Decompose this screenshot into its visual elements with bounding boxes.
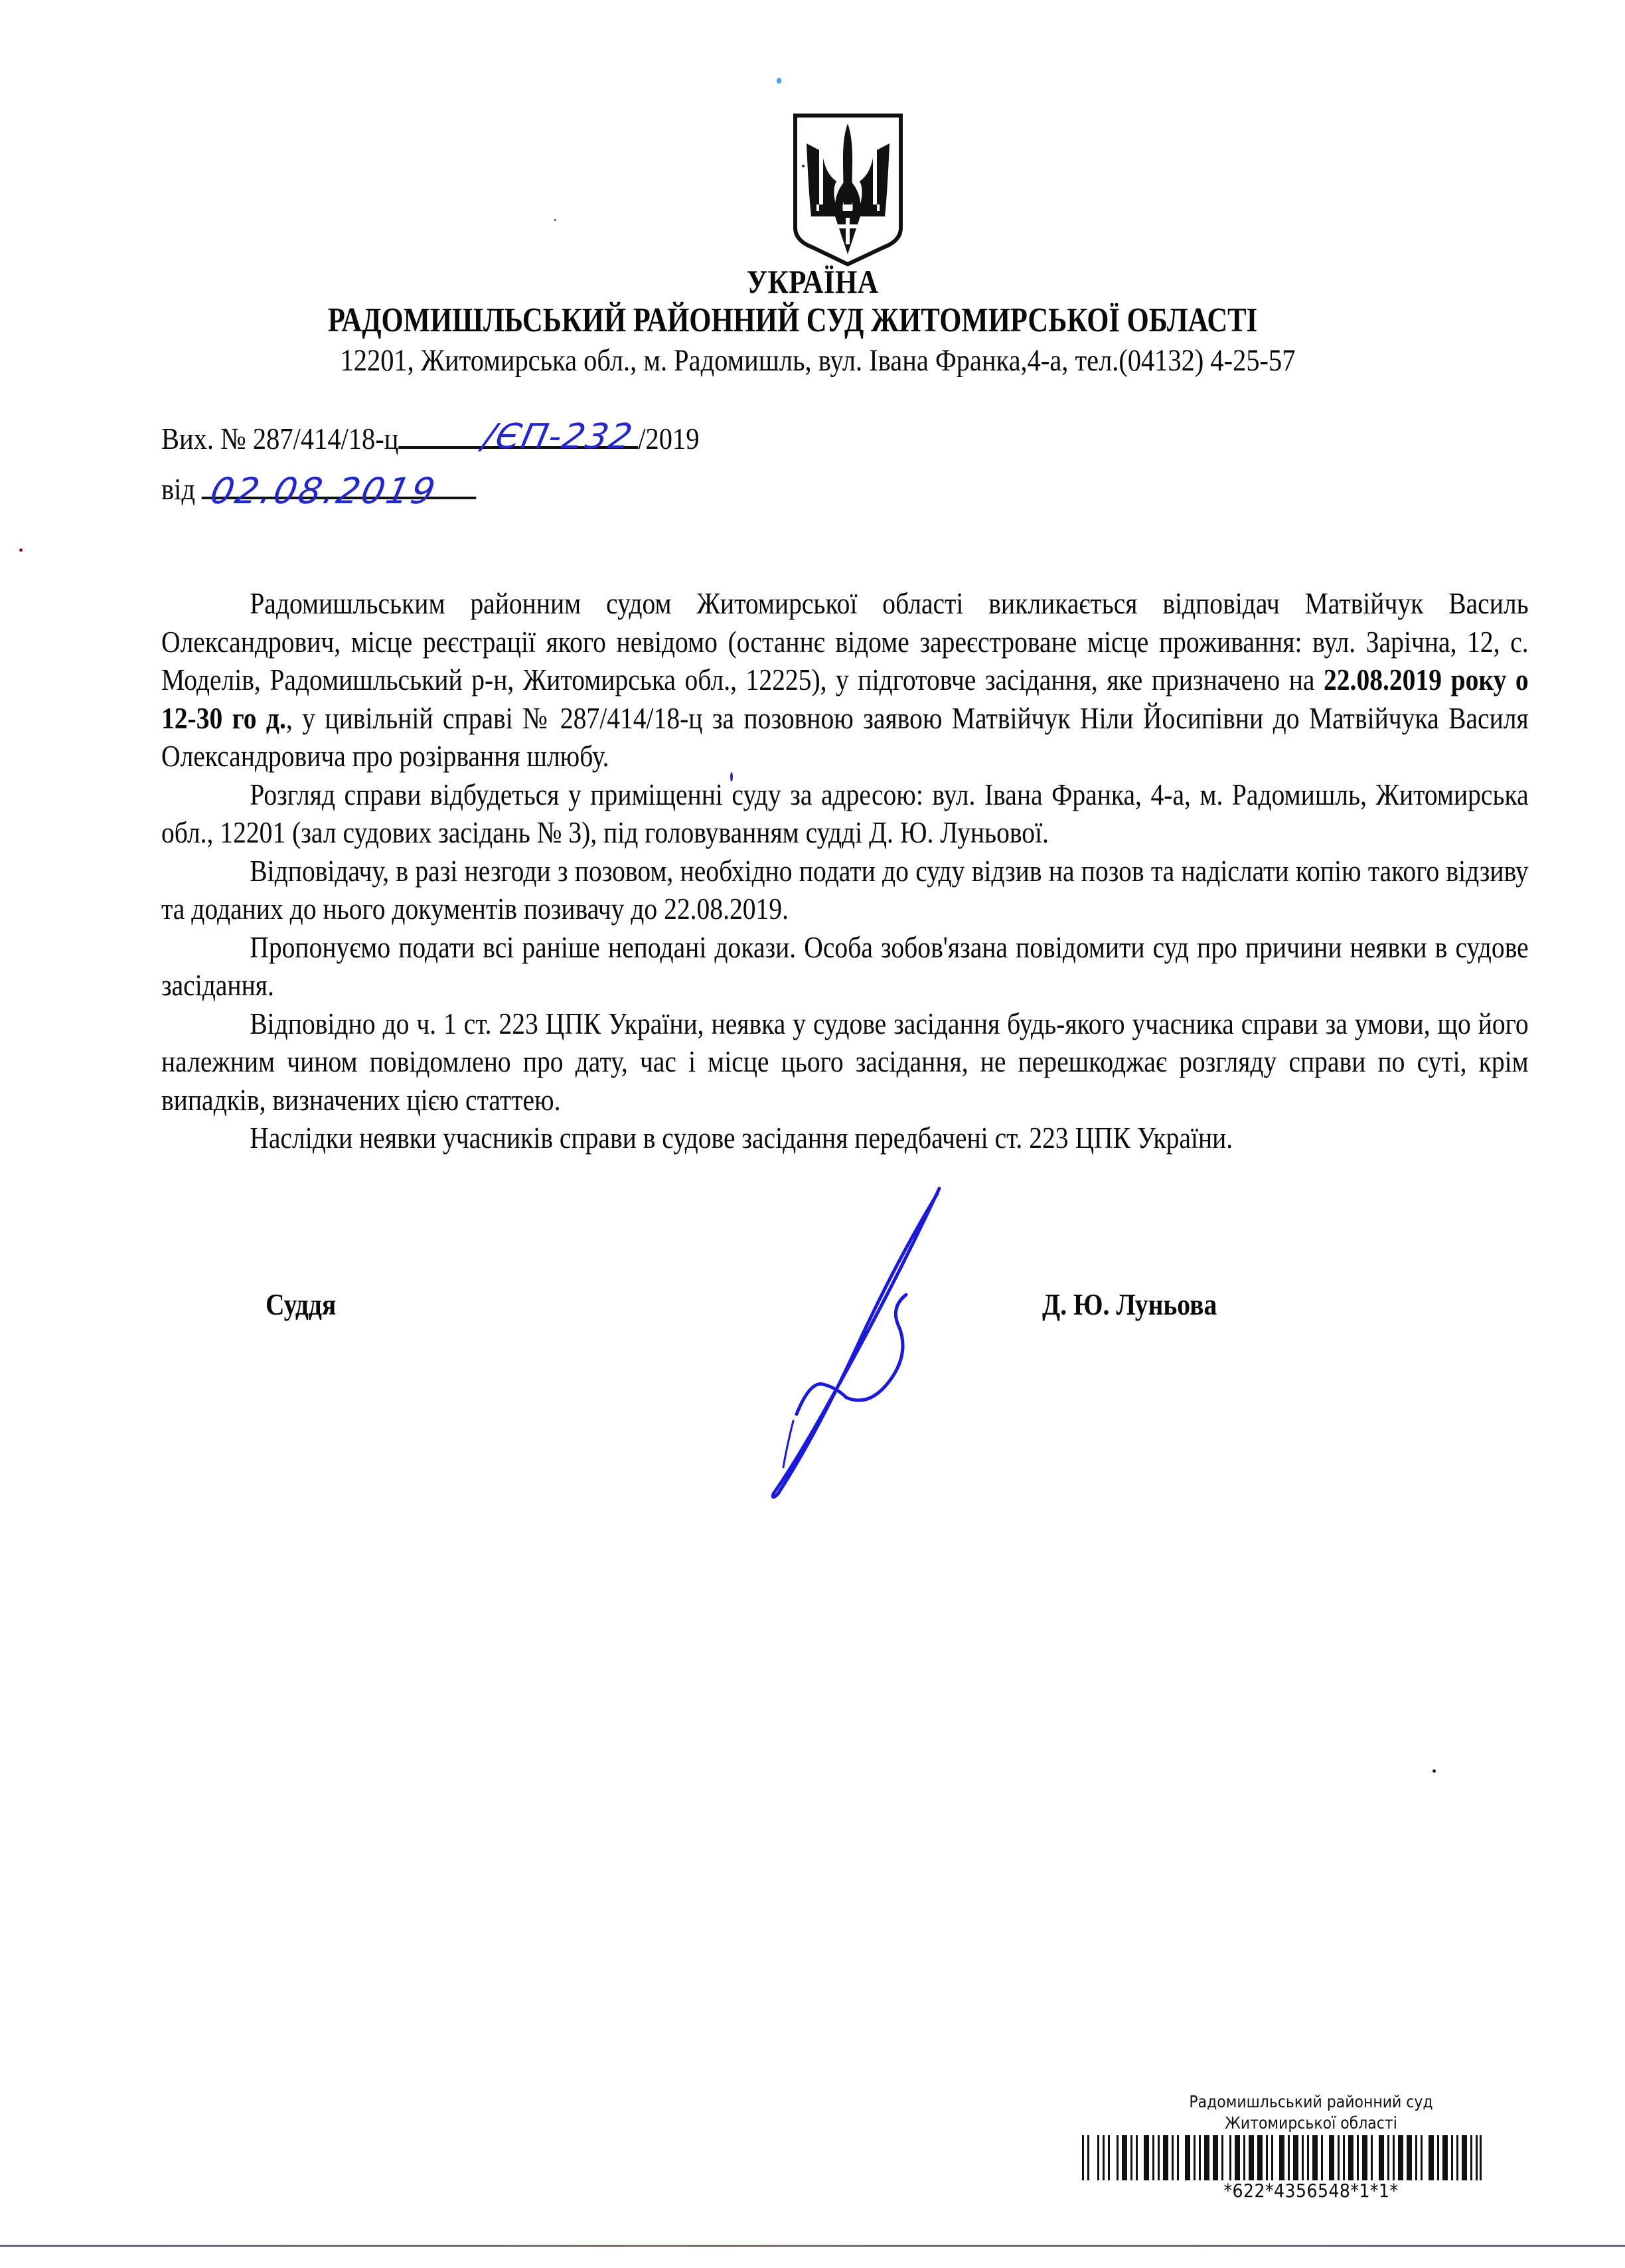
barcode-org-line2: Житомирської області	[1104, 2113, 1519, 2134]
paragraph-article-223: Відповідно до ч. 1 ст. 223 ЦПК України, …	[161, 1005, 1529, 1119]
barcode-icon	[1082, 2135, 1543, 2180]
barcode-block: Радомишльський районний суд Житомирської…	[1075, 2091, 1547, 2202]
paragraph-venue: Розгляд справи відбудеться у приміщенні …	[161, 775, 1529, 852]
summons-text-cont: , у цивільній справі № 287/414/18-ц за п…	[161, 701, 1529, 773]
scan-speck	[19, 548, 23, 552]
court-address: 12201, Житомирська обл., м. Радомишль, в…	[119, 343, 1516, 378]
case-prefix: 287/414/18-ц	[253, 422, 399, 455]
judge-role-label: Суддя	[266, 1287, 336, 1322]
paragraph-response: Відповідачу, в разі незгоди з позовом, н…	[161, 852, 1529, 928]
notice-body: Радомишльським районним судом Житомирськ…	[161, 584, 1529, 1157]
barcode-number: *622*4356548*1*1*	[1099, 2180, 1523, 2202]
scan-speck	[777, 78, 781, 84]
country-heading: УКРАЇНА	[114, 262, 1511, 301]
coat-of-arms-icon	[790, 112, 906, 268]
scan-speck	[802, 165, 805, 167]
handwritten-date: 02.08.2019	[206, 470, 441, 512]
scan-edge-line	[0, 2245, 1625, 2247]
outgoing-label: Вих. №	[161, 422, 246, 455]
court-name-heading: РАДОМИШЛЬСЬКИЙ РАЙОННИЙ СУД ЖИТОМИРСЬКОЇ…	[126, 301, 1458, 340]
handwritten-outgoing-number: /ЄП-232	[479, 417, 637, 457]
date-label: від	[161, 472, 195, 506]
barcode-org-line1: Радомишльський районний суд	[1104, 2091, 1519, 2113]
paragraph-evidence: Пропонуємо подати всі раніше неподані до…	[161, 928, 1529, 1005]
scan-speck	[730, 772, 733, 781]
paragraph-consequences: Наслідки неявки учасників справи в судов…	[161, 1119, 1529, 1157]
scan-speck	[1432, 1769, 1436, 1773]
handwritten-signature-icon	[757, 1182, 956, 1507]
judge-name: Д. Ю. Луньова	[1042, 1287, 1217, 1322]
paragraph-summons: Радомишльським районним судом Житомирськ…	[161, 584, 1529, 775]
year-suffix: /2019	[638, 422, 699, 455]
scan-speck	[554, 219, 556, 221]
